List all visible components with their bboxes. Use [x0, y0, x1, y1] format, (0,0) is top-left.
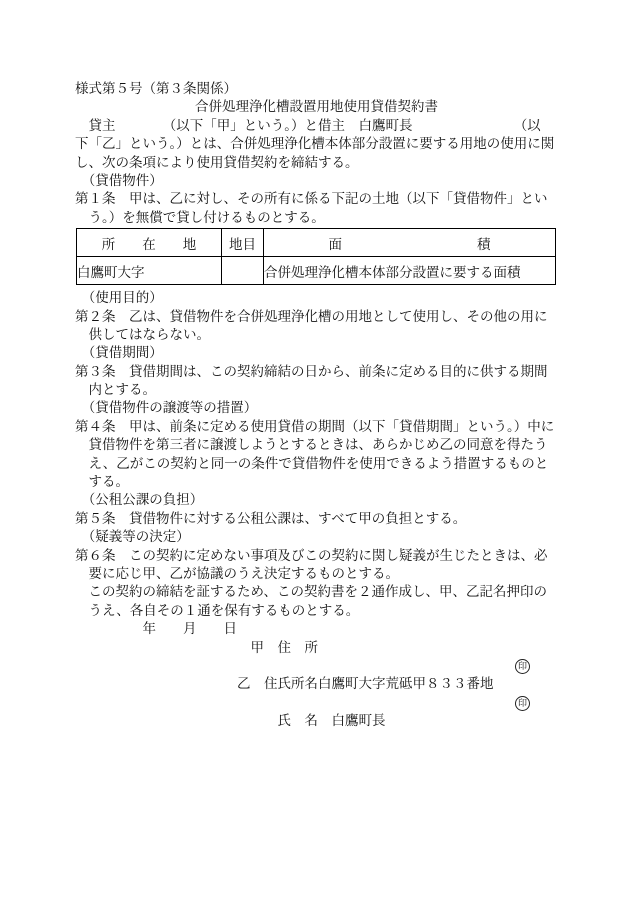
article-1-line-2: う。）を無償で貸し付けるものとする。	[75, 209, 630, 227]
article-2-line-2: 供してはならない。	[75, 326, 630, 344]
cell-area: 合併処理浄化槽本体部分設置に要する面積	[264, 257, 556, 285]
preamble-line-3: し、次の条項により使用貸借契約を締結する。	[75, 154, 630, 172]
kou-name-line: 氏 名 印	[75, 657, 630, 675]
otsu-name-line: 氏 名 白鷹町長 印	[75, 694, 630, 712]
heading-purpose-of-use: （使用目的）	[75, 289, 630, 307]
contract-document-page: 様式第５号（第３条関係） 合併処理浄化槽設置用地使用貸借契約書 貸主 （以下「甲…	[0, 0, 630, 903]
article-2-line-1: 第２条 乙は、貸借物件を合併処理浄化槽の用地として使用し、その他の用に	[75, 308, 630, 326]
table-header-location: 所 在 地	[77, 229, 222, 257]
article-3-line-1: 第３条 貸借期間は、この契約締結の日から、前条に定める目的に供する期間	[75, 363, 630, 381]
article-4-line-3: え、乙がこの契約と同一の条件で貸借物件を使用できるよう措置するものと	[75, 455, 630, 473]
property-table-data-row: 白鷹町大字 合併処理浄化槽本体部分設置に要する面積	[77, 257, 556, 285]
article-1-line-1: 第１条 甲は、乙に対し、その所有に係る下記の土地（以下「貸借物件」とい	[75, 190, 630, 208]
closing-clause-line-1: この契約の締結を証するため、この契約書を２通作成し、甲、乙記名押印の	[75, 583, 630, 601]
heading-leased-property: （貸借物件）	[75, 172, 630, 190]
document-title: 合併処理浄化槽設置用地使用貸借契約書	[75, 98, 558, 116]
article-4-line-1: 第４条 甲は、前条に定める使用貸借の期間（以下「貸借期間」という。）中に	[75, 418, 630, 436]
heading-transfer-measures: （貸借物件の譲渡等の措置）	[75, 399, 630, 417]
kou-address-line: 甲 住 所	[75, 639, 630, 657]
article-6-line-1: 第６条 この契約に定めない事項及びこの契約に関し疑義が生じたときは、必	[75, 547, 630, 565]
article-5-line-1: 第５条 貸借物件に対する公租公課は、すべて甲の負担とする。	[75, 510, 630, 528]
article-4-line-2: 貸借物件を第三者に譲渡しようとするときは、あらかじめ乙の同意を得たう	[75, 436, 630, 454]
table-header-area: 面 積	[264, 229, 556, 257]
heading-doubt-resolution: （疑義等の決定）	[75, 528, 630, 546]
otsu-seal-mark: 印	[515, 696, 530, 711]
kou-seal-mark: 印	[515, 659, 530, 674]
property-table-header-row: 所 在 地 地目 面 積	[77, 229, 556, 257]
form-number: 様式第５号（第３条関係）	[75, 80, 630, 98]
table-header-land-category: 地目	[222, 229, 264, 257]
closing-clause-line-2: うえ、各自その１通を保有するものとする。	[75, 602, 630, 620]
cell-land-category	[222, 257, 264, 285]
preamble-line-2: 下「乙」という。）とは、合併処理浄化槽本体部分設置に要する用地の使用に関	[75, 135, 630, 153]
date-line: 年 月 日	[75, 620, 630, 638]
article-6-line-2: 要に応じ甲、乙が協議のうえ決定するものとする。	[75, 565, 630, 583]
cell-location: 白鷹町大字	[77, 257, 222, 285]
heading-lease-period: （貸借期間）	[75, 344, 630, 362]
otsu-name-label: 氏 名 白鷹町長	[89, 713, 386, 728]
article-4-line-4: する。	[75, 473, 630, 491]
property-table: 所 在 地 地目 面 積 白鷹町大字 合併処理浄化槽本体部分設置に要する面積	[76, 228, 556, 285]
heading-public-taxes: （公租公課の負担）	[75, 491, 630, 509]
kou-name-label: 氏 名	[89, 676, 319, 691]
article-3-line-2: 内とする。	[75, 381, 630, 399]
preamble-line-1: 貸主 （以下「甲」という。）と借主 白鷹町長 （以	[75, 117, 630, 135]
